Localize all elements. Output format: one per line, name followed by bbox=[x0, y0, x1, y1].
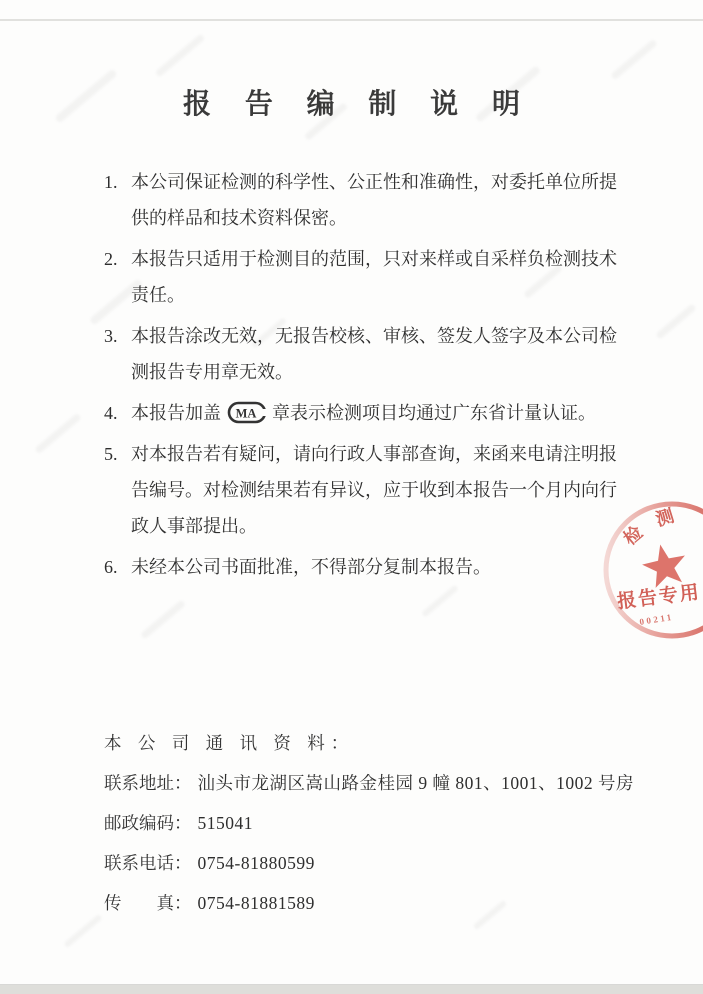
list-item-number: 3. bbox=[104, 318, 131, 354]
scan-edge-artifact-bottom bbox=[0, 985, 703, 994]
contact-value: 汕头市龙湖区嵩山路金桂园 9 幢 801、1001、1002 号房 bbox=[198, 773, 635, 793]
list-item-text: 未经本公司书面批准，不得部分复制本报告。 bbox=[131, 557, 491, 577]
contact-row-address: 联系地址：汕头市龙湖区嵩山路金桂园 9 幢 801、1001、1002 号房 bbox=[104, 763, 703, 803]
contact-row-fax: 传 真：0754-81881589 bbox=[104, 883, 703, 923]
company-seal-stamp: 检 测 报告专用 00211 bbox=[600, 492, 703, 652]
list-item: 2.本报告只适用于检测目的范围，只对来样或自采样负检测技术责任。 bbox=[104, 241, 622, 313]
list-item: 1.本公司保证检测的科学性、公正性和准确性，对委托单位所提供的样品和技术资料保密… bbox=[104, 164, 622, 236]
contact-header: 本 公 司 通 讯 资 料： bbox=[104, 723, 703, 763]
list-item-number: 6. bbox=[104, 549, 131, 585]
list-item: 6.未经本公司书面批准，不得部分复制本报告。 bbox=[104, 549, 622, 585]
scan-edge-artifact-top bbox=[0, 19, 703, 21]
contact-block: 本 公 司 通 讯 资 料： 联系地址：汕头市龙湖区嵩山路金桂园 9 幢 801… bbox=[104, 723, 703, 923]
list-item-text: 本报告涂改无效，无报告校核、审核、签发人签字及本公司检测报告专用章无效。 bbox=[131, 326, 617, 382]
list-item: 4.本报告加盖MA章表示检测项目均通过广东省计量认证。 bbox=[104, 395, 622, 431]
seal-arc-char: 测 bbox=[653, 505, 676, 529]
contact-label: 联系地址： bbox=[104, 773, 192, 793]
page-title: 报 告 编 制 说 明 bbox=[0, 86, 703, 122]
list-item-number: 5. bbox=[104, 436, 131, 472]
cma-mark-label: MA bbox=[236, 407, 257, 421]
watermark-streak bbox=[610, 39, 657, 80]
seal-star-icon bbox=[639, 540, 690, 590]
contact-value: 0754-81880599 bbox=[198, 853, 315, 873]
cma-mark-icon: MA bbox=[227, 401, 267, 424]
list-item: 3.本报告涂改无效，无报告校核、审核、签发人签字及本公司检测报告专用章无效。 bbox=[104, 318, 622, 390]
list-item-number: 4. bbox=[104, 395, 131, 431]
contact-label: 传 真： bbox=[104, 893, 192, 913]
watermark-streak bbox=[34, 413, 81, 454]
notes-list: 1.本公司保证检测的科学性、公正性和准确性，对委托单位所提供的样品和技术资料保密… bbox=[104, 164, 622, 585]
list-item-text: 章表示检测项目均通过广东省计量认证。 bbox=[272, 403, 596, 423]
contact-value: 0754-81881589 bbox=[198, 893, 315, 913]
contact-label: 联系电话： bbox=[104, 853, 192, 873]
list-item: 5.对本报告若有疑问，请向行政人事部查询，来函来电请注明报告编号。对检测结果若有… bbox=[104, 436, 622, 544]
contact-label: 邮政编码： bbox=[104, 813, 192, 833]
watermark-streak bbox=[421, 585, 459, 618]
seal-serial-number: 00211 bbox=[639, 612, 675, 627]
list-item-text: 对本报告若有疑问，请向行政人事部查询，来函来电请注明报告编号。对检测结果若有异议… bbox=[131, 444, 617, 536]
list-item-number: 1. bbox=[104, 164, 131, 200]
contact-value: 515041 bbox=[198, 813, 254, 833]
watermark-streak bbox=[155, 34, 205, 78]
watermark-streak bbox=[140, 599, 186, 639]
watermark-streak bbox=[63, 914, 102, 948]
list-item-text: 本报告加盖 bbox=[131, 403, 221, 423]
contact-row-phone: 联系电话：0754-81880599 bbox=[104, 843, 703, 883]
list-item-number: 2. bbox=[104, 241, 131, 277]
document-page: 报 告 编 制 说 明 1.本公司保证检测的科学性、公正性和准确性，对委托单位所… bbox=[0, 0, 703, 994]
list-item-text: 本报告只适用于检测目的范围，只对来样或自采样负检测技术责任。 bbox=[131, 249, 617, 305]
contact-row-postcode: 邮政编码：515041 bbox=[104, 803, 703, 843]
list-item-text: 本公司保证检测的科学性、公正性和准确性，对委托单位所提供的样品和技术资料保密。 bbox=[131, 172, 617, 228]
watermark-streak bbox=[655, 303, 696, 339]
seal-line-text: 报告专用 bbox=[616, 580, 702, 613]
